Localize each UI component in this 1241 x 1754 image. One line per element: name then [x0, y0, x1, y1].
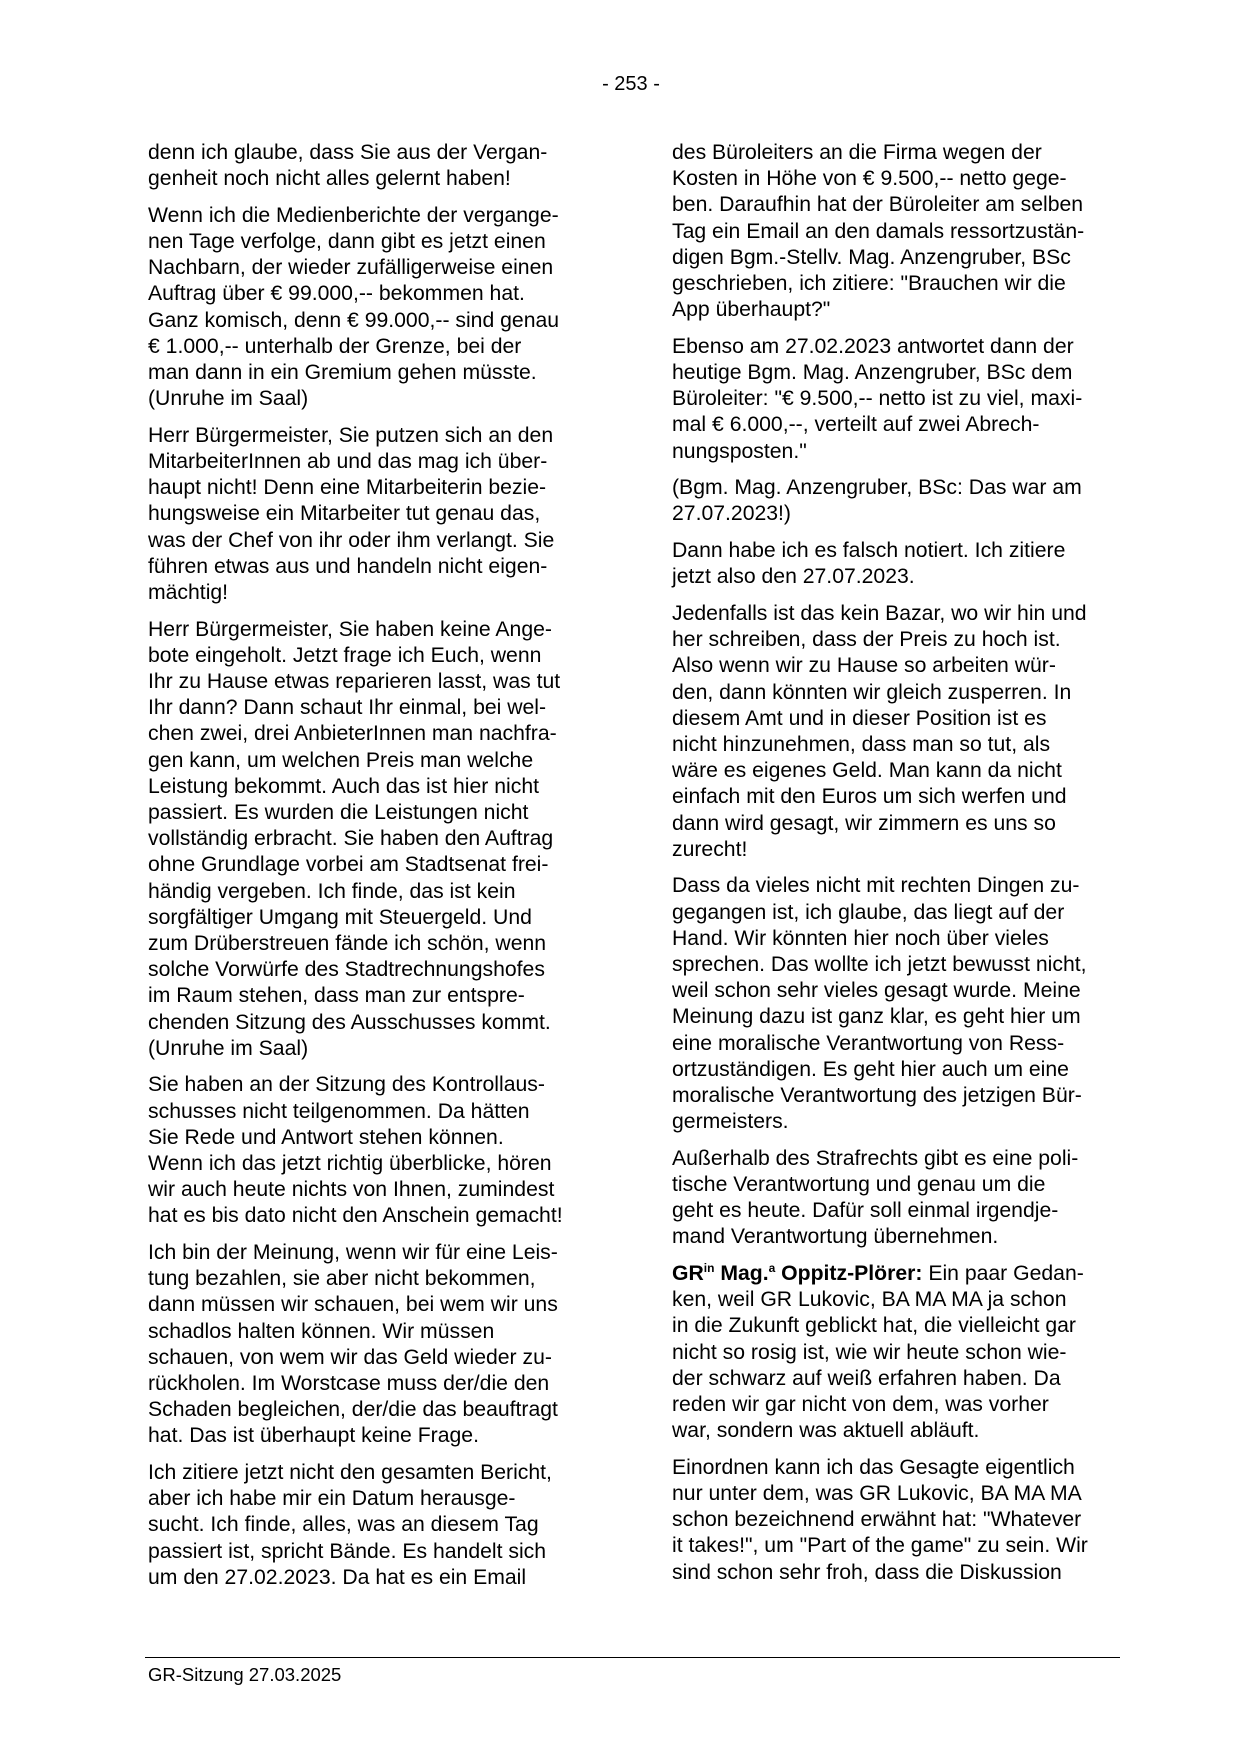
- text-line: in die Zukunft geblickt hat, die viellei…: [672, 1313, 1124, 1339]
- text-line: nur unter dem, was GR Lukovic, BA MA MA: [672, 1481, 1124, 1507]
- text-line: Kosten in Höhe von € 9.500,-- netto gege…: [672, 166, 1124, 192]
- text-line: 27.07.2023!): [672, 501, 1124, 527]
- paragraph: Ich zitiere jetzt nicht den gesamten Ber…: [148, 1460, 610, 1591]
- interjection: (Unruhe im Saal): [148, 1036, 610, 1062]
- text-line: Ihr zu Hause etwas reparieren lasst, was…: [148, 669, 610, 695]
- paragraph: Wenn ich die Medienberichte der vergange…: [148, 203, 610, 413]
- text-line: Ihr dann? Dann schaut Ihr einmal, bei we…: [148, 695, 610, 721]
- right-column: des Büroleiters an die Firma wegen der K…: [672, 140, 1124, 1596]
- text-line: händig vergeben. Ich finde, das ist kein: [148, 879, 610, 905]
- text-line: reden wir gar nicht von dem, was vorher: [672, 1392, 1124, 1418]
- text-line: gegangen ist, ich glaube, das liegt auf …: [672, 900, 1124, 926]
- text-line: Ich zitiere jetzt nicht den gesamten Ber…: [148, 1460, 610, 1486]
- text-line: haupt nicht! Denn eine Mitarbeiterin bez…: [148, 475, 610, 501]
- text-line: vollständig erbracht. Sie haben den Auft…: [148, 826, 610, 852]
- text-line: Herr Bürgermeister, Sie putzen sich an d…: [148, 423, 610, 449]
- text-line: passiert ist, spricht Bände. Es handelt …: [148, 1539, 610, 1565]
- text-line: Dann habe ich es falsch notiert. Ich zit…: [672, 538, 1124, 564]
- interjection: (Unruhe im Saal): [148, 386, 610, 412]
- paragraph: Ebenso am 27.02.2023 antwortet dann der …: [672, 334, 1124, 465]
- text-line: tung bezahlen, sie aber nicht bekommen,: [148, 1266, 610, 1292]
- footer-session-date: GR-Sitzung 27.03.2025: [148, 1664, 341, 1686]
- text-line: des Büroleiters an die Firma wegen der: [672, 140, 1124, 166]
- text-line: heutige Bgm. Mag. Anzengruber, BSc dem: [672, 360, 1124, 386]
- text-line: her schreiben, dass der Preis zu hoch is…: [672, 627, 1124, 653]
- text-line: sorgfältiger Umgang mit Steuergeld. Und: [148, 905, 610, 931]
- text-line: Ein paar Gedan-: [922, 1262, 1083, 1285]
- footer-divider: [145, 1657, 1120, 1658]
- text-line: Schaden begleichen, der/die das beauftra…: [148, 1397, 610, 1423]
- text-line: Herr Bürgermeister, Sie haben keine Ange…: [148, 617, 610, 643]
- speaker-surname: Oppitz-Plörer:: [775, 1262, 922, 1285]
- text-line: Nachbarn, der wieder zufälligerweise ein…: [148, 255, 610, 281]
- speaker-degree: Mag.: [714, 1262, 768, 1285]
- text-line: Sie haben an der Sitzung des Kontrollaus…: [148, 1072, 610, 1098]
- text-line: solche Vorwürfe des Stadtrechnungshofes: [148, 957, 610, 983]
- text-line: App überhaupt?": [672, 297, 1124, 323]
- speaker-paragraph: GRin Mag.a Oppitz-Plörer: Ein paar Gedan…: [672, 1261, 1124, 1444]
- text-line: diesem Amt und in dieser Position ist es: [672, 706, 1124, 732]
- text-line: sucht. Ich finde, alles, was an diesem T…: [148, 1512, 610, 1538]
- text-line: den, dann könnten wir gleich zusperren. …: [672, 680, 1124, 706]
- text-line: nicht so rosig ist, wie wir heute schon …: [672, 1340, 1124, 1366]
- text-line: Meinung dazu ist ganz klar, es geht hier…: [672, 1004, 1124, 1030]
- text-line: geht es heute. Dafür soll einmal irgendj…: [672, 1198, 1124, 1224]
- text-line: Ebenso am 27.02.2023 antwortet dann der: [672, 334, 1124, 360]
- text-line: (Bgm. Mag. Anzengruber, BSc: Das war am: [672, 475, 1124, 501]
- text-line: Sie Rede und Antwort stehen können.: [148, 1125, 610, 1151]
- text-line: wäre es eigenes Geld. Man kann da nicht: [672, 758, 1124, 784]
- text-line: einfach mit den Euros um sich werfen und: [672, 784, 1124, 810]
- text-line: nungsposten.": [672, 439, 1124, 465]
- text-line: chen zwei, drei AnbieterInnen man nachfr…: [148, 721, 610, 747]
- text-line: ken, weil GR Lukovic, BA MA MA ja schon: [672, 1287, 1124, 1313]
- left-column: denn ich glaube, dass Sie aus der Vergan…: [148, 140, 610, 1601]
- text-line: bote eingeholt. Jetzt frage ich Euch, we…: [148, 643, 610, 669]
- text-line: zum Drüberstreuen fände ich schön, wenn: [148, 931, 610, 957]
- text-line: mand Verantwortung übernehmen.: [672, 1224, 1124, 1250]
- text-line: mächtig!: [148, 580, 610, 606]
- paragraph: Herr Bürgermeister, Sie haben keine Ange…: [148, 617, 610, 1062]
- speaker-first-line: GRin Mag.a Oppitz-Plörer: Ein paar Gedan…: [672, 1261, 1124, 1287]
- text-line: aber ich habe mir ein Datum herausge-: [148, 1486, 610, 1512]
- text-line: chenden Sitzung des Ausschusses kommt.: [148, 1010, 610, 1036]
- text-line: schon bezeichnend erwähnt hat: "Whatever: [672, 1507, 1124, 1533]
- paragraph: Herr Bürgermeister, Sie putzen sich an d…: [148, 423, 610, 606]
- paragraph: Sie haben an der Sitzung des Kontrollaus…: [148, 1072, 610, 1229]
- text-line: was der Chef von ihr oder ihm verlangt. …: [148, 528, 610, 554]
- text-line: Ich bin der Meinung, wenn wir für eine L…: [148, 1240, 610, 1266]
- text-line: MitarbeiterInnen ab und das mag ich über…: [148, 449, 610, 475]
- text-line: schauen, von wem wir das Geld wieder zu-: [148, 1345, 610, 1371]
- text-line: mal € 6.000,--, verteilt auf zwei Abrech…: [672, 412, 1124, 438]
- text-line: nen Tage verfolge, dann gibt es jetzt ei…: [148, 229, 610, 255]
- text-line: denn ich glaube, dass Sie aus der Vergan…: [148, 140, 610, 166]
- text-line: Jedenfalls ist das kein Bazar, wo wir hi…: [672, 601, 1124, 627]
- text-line: € 1.000,-- unterhalb der Grenze, bei der: [148, 334, 610, 360]
- text-line: hat es bis dato nicht den Anschein gemac…: [148, 1203, 610, 1229]
- text-line: nicht hinzunehmen, dass man so tut, als: [672, 732, 1124, 758]
- text-line: Leistung bekommt. Auch das ist hier nich…: [148, 774, 610, 800]
- text-line: zurecht!: [672, 837, 1124, 863]
- text-line: um den 27.02.2023. Da hat es ein Email: [148, 1565, 610, 1591]
- paragraph: Dann habe ich es falsch notiert. Ich zit…: [672, 538, 1124, 590]
- paragraph: Dass da vieles nicht mit rechten Dingen …: [672, 873, 1124, 1135]
- paragraph: denn ich glaube, dass Sie aus der Vergan…: [148, 140, 610, 192]
- text-line: man dann in ein Gremium gehen müsste.: [148, 360, 610, 386]
- text-line: it takes!", um "Part of the game" zu sei…: [672, 1533, 1124, 1559]
- text-line: jetzt also den 27.07.2023.: [672, 564, 1124, 590]
- text-line: hat. Das ist überhaupt keine Frage.: [148, 1423, 610, 1449]
- interjection-paragraph: (Bgm. Mag. Anzengruber, BSc: Das war am …: [672, 475, 1124, 527]
- text-line: Hand. Wir könnten hier noch über vieles: [672, 926, 1124, 952]
- text-line: rückholen. Im Worstcase muss der/die den: [148, 1371, 610, 1397]
- text-line: wir auch heute nichts von Ihnen, zuminde…: [148, 1177, 610, 1203]
- text-line: Auftrag über € 99.000,-- bekommen hat.: [148, 281, 610, 307]
- text-line: Einordnen kann ich das Gesagte eigentlic…: [672, 1455, 1124, 1481]
- paragraph: Jedenfalls ist das kein Bazar, wo wir hi…: [672, 601, 1124, 863]
- text-line: eine moralische Verantwortung von Ress-: [672, 1031, 1124, 1057]
- paragraph: Außerhalb des Strafrechts gibt es eine p…: [672, 1146, 1124, 1251]
- text-line: genheit noch nicht alles gelernt haben!: [148, 166, 610, 192]
- text-line: tische Verantwortung und genau um die: [672, 1172, 1124, 1198]
- speaker-title-superscript: in: [704, 1261, 715, 1275]
- text-line: dann wird gesagt, wir zimmern es uns so: [672, 811, 1124, 837]
- text-line: schadlos halten können. Wir müssen: [148, 1319, 610, 1345]
- text-line: passiert. Es wurden die Leistungen nicht: [148, 800, 610, 826]
- text-line: im Raum stehen, dass man zur entspre-: [148, 983, 610, 1009]
- text-line: sprechen. Das wollte ich jetzt bewusst n…: [672, 952, 1124, 978]
- text-line: Also wenn wir zu Hause so arbeiten wür-: [672, 653, 1124, 679]
- text-line: Wenn ich die Medienberichte der vergange…: [148, 203, 610, 229]
- speaker-title: GR: [672, 1262, 704, 1285]
- text-line: sind schon sehr froh, dass die Diskussio…: [672, 1560, 1124, 1586]
- text-line: Dass da vieles nicht mit rechten Dingen …: [672, 873, 1124, 899]
- page-number: - 253 -: [0, 72, 1241, 96]
- text-line: ortzuständigen. Es geht hier auch um ein…: [672, 1057, 1124, 1083]
- paragraph: des Büroleiters an die Firma wegen der K…: [672, 140, 1124, 323]
- text-line: ohne Grundlage vorbei am Stadtsenat frei…: [148, 852, 610, 878]
- text-line: gen kann, um welchen Preis man welche: [148, 748, 610, 774]
- text-line: der schwarz auf weiß erfahren haben. Da: [672, 1366, 1124, 1392]
- text-line: hungsweise ein Mitarbeiter tut genau das…: [148, 501, 610, 527]
- text-line: Tag ein Email an den damals ressortzustä…: [672, 219, 1124, 245]
- text-line: Außerhalb des Strafrechts gibt es eine p…: [672, 1146, 1124, 1172]
- text-line: Wenn ich das jetzt richtig überblicke, h…: [148, 1151, 610, 1177]
- text-line: weil schon sehr vieles gesagt wurde. Mei…: [672, 978, 1124, 1004]
- text-line: war, sondern was aktuell abläuft.: [672, 1418, 1124, 1444]
- text-line: Ganz komisch, denn € 99.000,-- sind gena…: [148, 308, 610, 334]
- text-line: ben. Daraufhin hat der Büroleiter am sel…: [672, 192, 1124, 218]
- text-line: führen etwas aus und handeln nicht eigen…: [148, 554, 610, 580]
- text-line: dann müssen wir schauen, bei wem wir uns: [148, 1292, 610, 1318]
- paragraph: Ich bin der Meinung, wenn wir für eine L…: [148, 1240, 610, 1450]
- text-line: germeisters.: [672, 1109, 1124, 1135]
- text-line: digen Bgm.-Stellv. Mag. Anzengruber, BSc: [672, 245, 1124, 271]
- speaker-name: GRin Mag.a Oppitz-Plörer:: [672, 1262, 922, 1285]
- text-line: schusses nicht teilgenommen. Da hätten: [148, 1099, 610, 1125]
- text-line: moralische Verantwortung des jetzigen Bü…: [672, 1083, 1124, 1109]
- paragraph: Einordnen kann ich das Gesagte eigentlic…: [672, 1455, 1124, 1586]
- text-line: geschrieben, ich zitiere: "Brauchen wir …: [672, 271, 1124, 297]
- text-line: Büroleiter: "€ 9.500,-- netto ist zu vie…: [672, 386, 1124, 412]
